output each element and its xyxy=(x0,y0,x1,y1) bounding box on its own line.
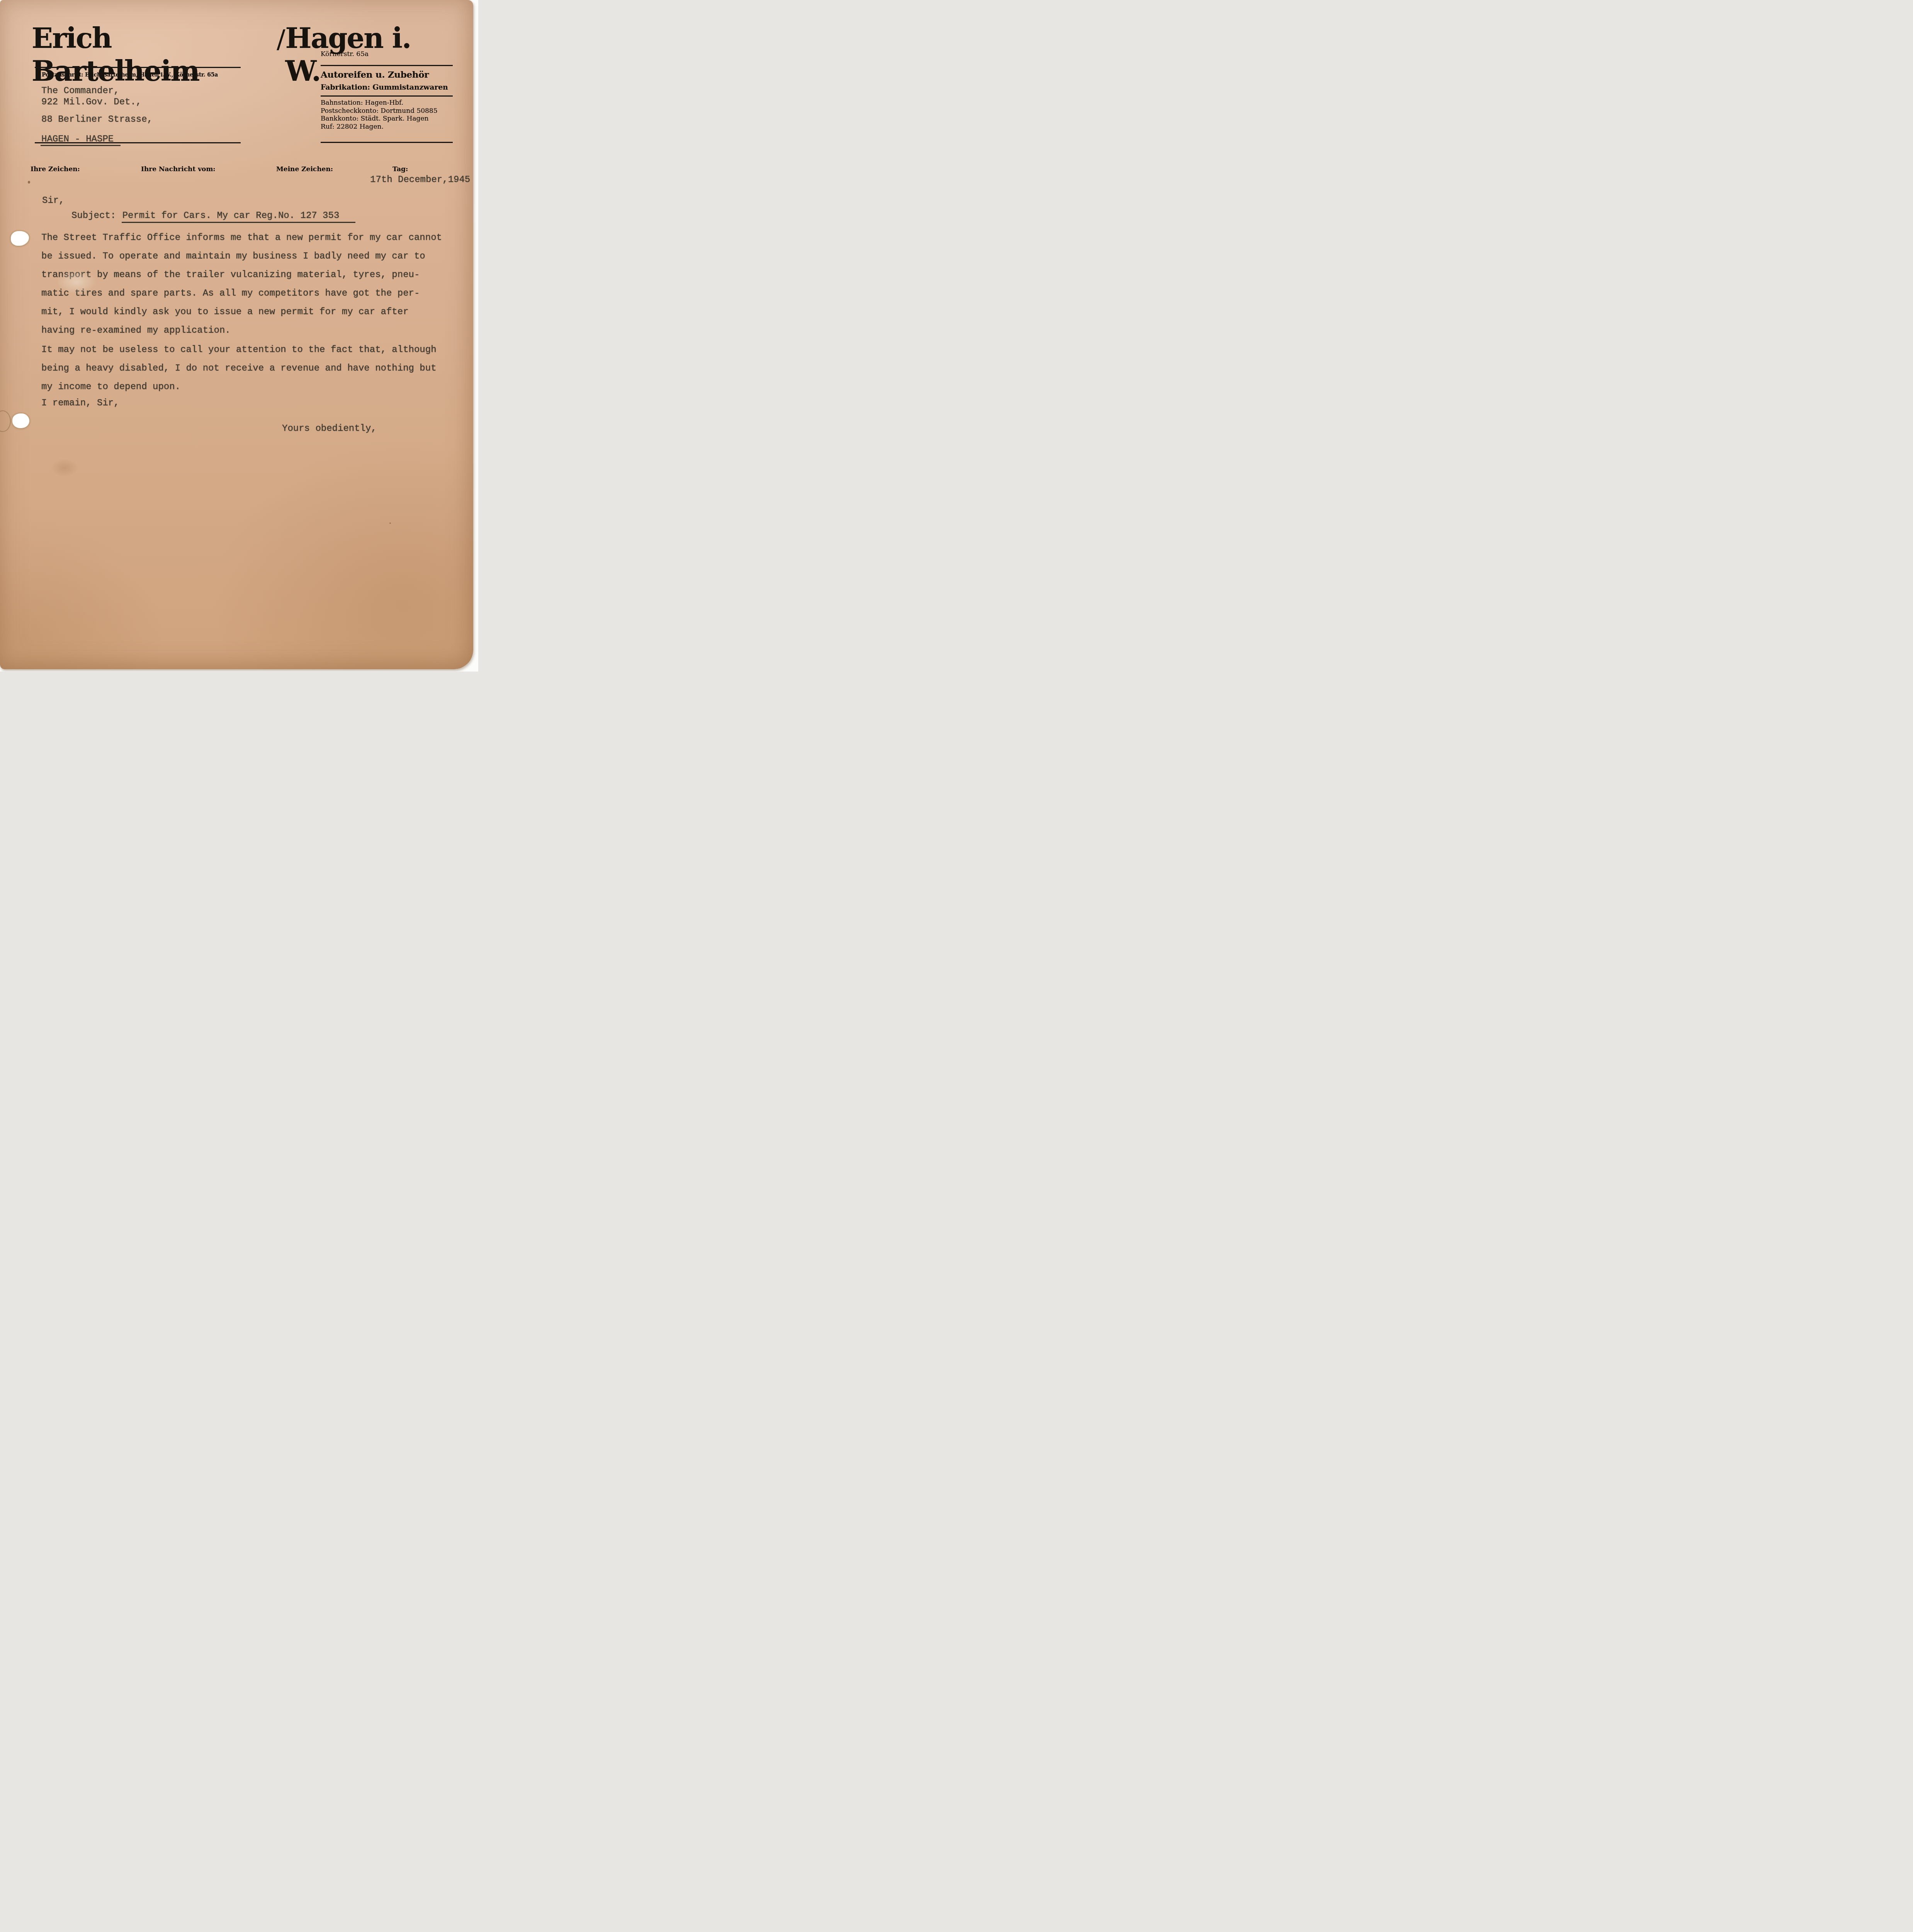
paper-brown-stain xyxy=(51,459,78,477)
paper-edge-crease xyxy=(0,410,11,432)
label-ihre-nachricht-vom: Ihre Nachricht vom: xyxy=(141,165,216,173)
body-paragraph-1: The Street Traffic Office informs me tha… xyxy=(41,229,476,340)
label-ihre-zeichen: Ihre Zeichen: xyxy=(31,165,80,173)
typed-date: 17th December,1945 xyxy=(370,175,470,185)
paper-speck xyxy=(28,181,30,184)
scan-background: Erich Bartelheim / Hagen i. W. Körnerstr… xyxy=(0,0,478,672)
recipient-line-1: The Commander, xyxy=(41,86,119,96)
business-line-1: Autoreifen u. Zubehör xyxy=(321,70,429,80)
salutation: Sir, xyxy=(42,196,65,206)
right-column-rule-bottom xyxy=(321,142,453,143)
postal-route-line: Postanschrift: Erich Bartelheim, Hagen i… xyxy=(42,72,218,78)
punch-hole-top xyxy=(11,231,29,246)
letter-paper: Erich Bartelheim / Hagen i. W. Körnerstr… xyxy=(0,0,473,669)
street-address-line: Körnerstr. 65a xyxy=(321,50,369,58)
address-window-rule-top xyxy=(35,67,241,68)
body-paragraph-2: It may not be useless to call your atten… xyxy=(41,341,476,396)
closing-line: I remain, Sir, xyxy=(41,398,119,408)
signoff-line: Yours obediently, xyxy=(282,423,377,434)
punch-hole-bottom xyxy=(12,413,29,428)
recipient-line-3: 88 Berliner Strasse, xyxy=(41,114,153,125)
label-meine-zeichen: Meine Zeichen: xyxy=(276,165,333,173)
right-column-rule-middle xyxy=(321,95,453,97)
subject-text-underlined: Permit for Cars. My car Reg.No. 127 353 xyxy=(122,211,356,223)
subject-line: Subject: Permit for Cars. My car Reg.No.… xyxy=(71,211,355,221)
title-slash-separator: / xyxy=(277,24,285,54)
paper-speck-small xyxy=(389,522,391,524)
recipient-line-4: HAGEN - HASPE xyxy=(41,134,121,145)
recipient-line-2: 922 Mil.Gov. Det., xyxy=(41,97,141,107)
recipient-city-underlined: HAGEN - HASPE xyxy=(41,134,121,146)
paper-smudge-stain xyxy=(57,270,96,294)
label-tag: Tag: xyxy=(392,165,408,173)
company-info-lines: Bahnstation: Hagen-Hbf. Postscheckkonto:… xyxy=(321,99,438,131)
business-line-2: Fabrikation: Gummistanzwaren xyxy=(321,83,448,92)
right-column-rule-top xyxy=(321,65,453,66)
subject-label: Subject: xyxy=(71,211,122,221)
